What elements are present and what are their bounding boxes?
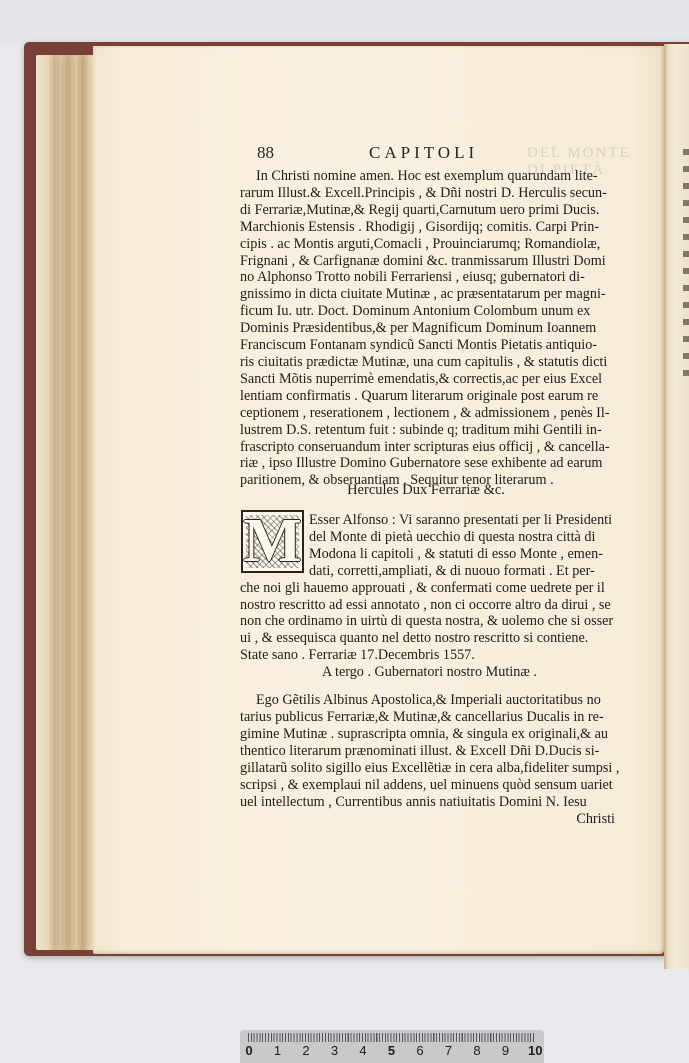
- letter-heading: Hercules Dux Ferrariæ &c.: [240, 482, 612, 499]
- ruler-label: 4: [357, 1043, 369, 1058]
- ruler-label: 8: [471, 1043, 483, 1058]
- text-line: ris ciuitatis prædictæ Mutinæ, una cum c…: [240, 354, 612, 371]
- ruler-label: 7: [443, 1043, 455, 1058]
- notary-paragraph: Ego Gẽtilis Albinus Apostolica,& Imperia…: [240, 692, 620, 828]
- ruler-label: 5: [386, 1043, 398, 1058]
- text-line: del Monte di pietà uecchio di questa nos…: [240, 529, 620, 546]
- ruler-labels: 0 1 2 3 4 5 6 7 8 9 10: [243, 1043, 544, 1058]
- page-stack-texture: [50, 60, 94, 945]
- page-number: 88: [257, 143, 274, 163]
- text-line: Franciscum Fontanam syndicũ Sancti Monti…: [240, 337, 612, 354]
- text-line: State sano . Ferrariæ 17.Decembris 1557.: [240, 647, 620, 664]
- text-line: uel intellectum , Currentibus annis nati…: [240, 794, 620, 811]
- ruler-label: 10: [528, 1043, 540, 1058]
- text-line: scripsi , & exemplaui nil addens, uel mi…: [240, 777, 620, 794]
- text-line: gimine Mutinæ . suprascripta omnia, & si…: [240, 726, 620, 743]
- text-line: cipis . ac Montis arguti,Comacli , Proui…: [240, 236, 612, 253]
- text-line: frascripto conseruandum inter scripturas…: [240, 439, 612, 456]
- ruler-ticks: [248, 1033, 536, 1042]
- text-line: non che ordinamo in uirtù di questa nost…: [240, 613, 620, 630]
- text-line: ceptionem , reserationem , lectionem , &…: [240, 405, 612, 422]
- photo-backdrop: [0, 0, 689, 44]
- text-line: Ego Gẽtilis Albinus Apostolica,& Imperia…: [240, 692, 620, 709]
- ducal-letter: Esser Alfonso : Vi saranno presentati pe…: [240, 512, 620, 681]
- text-line: che noi gli hauemo approuati , & conferm…: [240, 580, 620, 597]
- facing-page-edge: [664, 44, 689, 969]
- ruler-label: 3: [329, 1043, 341, 1058]
- text-line: In Christi nomine amen. Hoc est exemplum…: [240, 168, 612, 185]
- opening-paragraph: In Christi nomine amen. Hoc est exemplum…: [240, 168, 612, 489]
- text-line: lustrem D.S. retentum fuit : subinde q; …: [240, 422, 612, 439]
- text-line: rarum Illust.& Excell.Principis , & Dñi …: [240, 185, 612, 202]
- ruler-label: 2: [300, 1043, 312, 1058]
- text-line: ui , & essequisca quanto nel detto nostr…: [240, 630, 620, 647]
- scale-ruler: 0 1 2 3 4 5 6 7 8 9 10: [240, 1030, 544, 1063]
- text-line: Dominis Præsidentibus,& per Magnificum D…: [240, 320, 612, 337]
- text-line: riæ , ipso Illustre Domino Gubernatore s…: [240, 455, 612, 472]
- ruler-label: 0: [243, 1043, 255, 1058]
- text-line: ficum Iu. utr. Doct. Dominum Antonium Co…: [240, 303, 612, 320]
- ruler-label: 9: [500, 1043, 512, 1058]
- text-line: Marchionis Estensis . Rhodigij , Gisordi…: [240, 219, 612, 236]
- text-line: Esser Alfonso : Vi saranno presentati pe…: [240, 512, 620, 529]
- running-head: CAPITOLI: [369, 143, 478, 163]
- text-line: tarius publicus Ferrariæ,& Mutinæ,& canc…: [240, 709, 620, 726]
- text-line: gnissimo in dicta ciuitate Mutinæ , ac p…: [240, 286, 612, 303]
- text-line: no Alphonso Trotto nobili Ferrariensi , …: [240, 269, 612, 286]
- text-line: dati, corretti,ampliati, & di nuouo form…: [240, 563, 620, 580]
- text-line: Frignani , & Carfignanæ domini &c. tranm…: [240, 253, 612, 270]
- text-line: gillatarũ solito sigillo eius Excellẽtiæ…: [240, 760, 620, 777]
- text-line: lentiam confirmatis . Quarum literarum o…: [240, 388, 612, 405]
- text-line: thentico literarum prænominati illust. &…: [240, 743, 620, 760]
- page-header: 88 CAPITOLI DEL MONTE DI PIETÀ: [257, 143, 652, 165]
- facing-page-text-fragment: [683, 149, 689, 379]
- text-line: di Ferrariæ,Mutinæ,& Regij quarti,Carnut…: [240, 202, 612, 219]
- text-line: Modona li capitoli , & statuti di esso M…: [240, 546, 620, 563]
- text-line: nostro rescritto ad essi annotato , non …: [240, 597, 620, 614]
- letter-address: A tergo . Gubernatori nostro Mutinæ .: [240, 664, 620, 681]
- ruler-label: 1: [272, 1043, 284, 1058]
- catchword: Christi: [240, 811, 620, 828]
- ruler-label: 6: [414, 1043, 426, 1058]
- text-line: Sancti Mõtis nuperrimè emendatis,& corre…: [240, 371, 612, 388]
